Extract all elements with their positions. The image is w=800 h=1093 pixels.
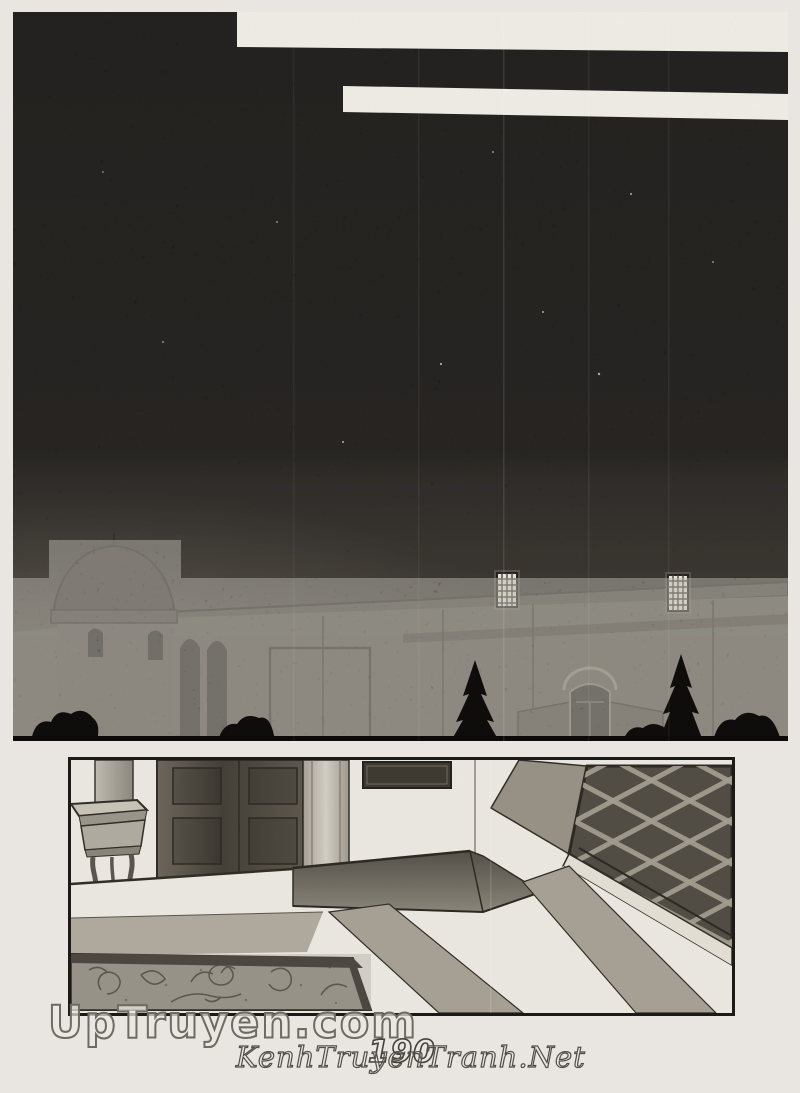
interior-hall-drawing bbox=[71, 760, 732, 1013]
night-exterior-panel bbox=[13, 12, 788, 741]
mansion-facade bbox=[13, 12, 788, 741]
uptruyen-watermark: UpTruyen.com bbox=[48, 997, 418, 1049]
manga-page-scan: { "page": { "kind": "scanned manga page,… bbox=[0, 0, 800, 1093]
night-exterior-drawing bbox=[13, 12, 788, 741]
scan-streak bbox=[490, 760, 492, 1013]
interior-hall-panel bbox=[68, 757, 735, 1016]
